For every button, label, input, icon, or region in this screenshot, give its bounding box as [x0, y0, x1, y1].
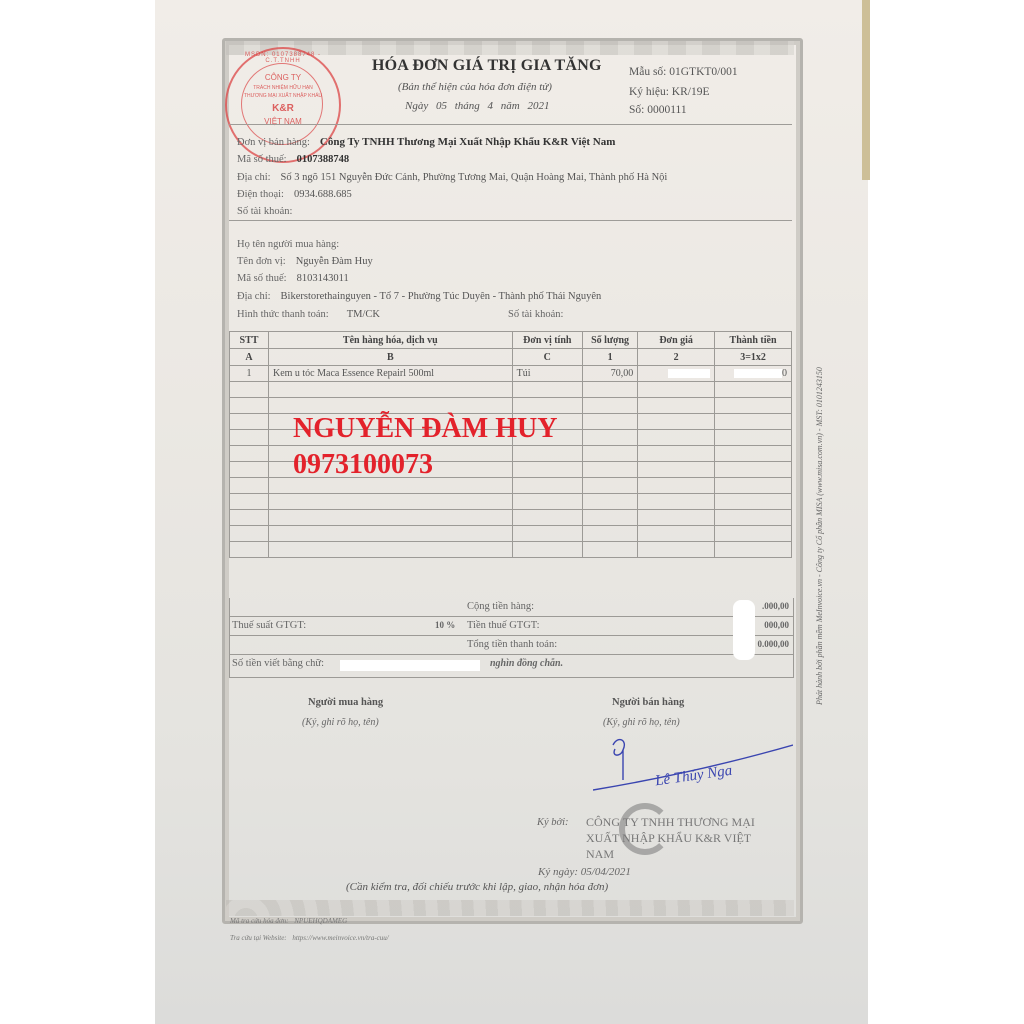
seller-divider [229, 220, 792, 221]
invoice-subtitle: (Bản thể hiện của hóa đơn điện tử) [398, 81, 552, 93]
empty-cell [512, 398, 582, 414]
seller-phone-label: Điện thoại: [237, 189, 284, 200]
signed-by-line: CÔNG TY TNHH THƯƠNG MẠI [586, 815, 755, 830]
seller-name: Công Ty TNHH Thương Mại Xuất Nhập Khẩu K… [320, 136, 616, 148]
empty-cell [638, 542, 715, 558]
empty-cell [582, 398, 637, 414]
empty-cell [512, 446, 582, 462]
buyer-address: Bikerstorethainguyen - Tổ 7 - Phường Túc… [281, 291, 602, 302]
buyer-tax-label: Mã số thuế: [237, 273, 287, 284]
code-a: A [230, 349, 269, 366]
empty-cell [638, 510, 715, 526]
overlay-name: NGUYỄN ĐÀM HUY [293, 413, 557, 445]
empty-cell [230, 446, 269, 462]
redacted-amount [734, 369, 782, 378]
seller-signature-title: Người bán hàng [612, 697, 684, 708]
lookup-code: NPUEHQDAMEG [294, 917, 347, 925]
seller-account-label: Số tài khoản: [237, 206, 292, 217]
buyer-unit-row: Tên đơn vị: Nguyễn Đàm Huy [237, 251, 373, 269]
buyer-unit: Nguyễn Đàm Huy [296, 256, 373, 267]
empty-cell [638, 446, 715, 462]
buyer-name-row: Họ tên người mua hàng: [237, 234, 339, 252]
seller-address-row: Địa chỉ: Số 3 ngõ 151 Nguyễn Đức Cảnh, P… [237, 167, 667, 185]
seller-account-row: Số tài khoản: [237, 201, 292, 219]
seller-phone: 0934.688.685 [294, 189, 352, 200]
buyer-account-row: Số tài khoản: [508, 304, 563, 322]
row-stt: 1 [230, 366, 269, 382]
grand-total-row: Tổng tiền thanh toán: 0.000,00 [229, 636, 794, 655]
row-unit-price [638, 366, 715, 382]
header-quantity: Số lượng [582, 332, 637, 349]
invoice-title: HÓA ĐƠN GIÁ TRỊ GIA TĂNG [372, 57, 602, 75]
header-item-name: Tên hàng hóa, dịch vụ [268, 332, 512, 349]
empty-cell [582, 462, 637, 478]
vat-amount-label: Tiền thuế GTGT: [467, 620, 540, 631]
empty-cell [638, 398, 715, 414]
empty-cell [582, 382, 637, 398]
empty-cell [268, 382, 512, 398]
buyer-account-label: Số tài khoản: [508, 309, 563, 320]
empty-cell [230, 542, 269, 558]
vat-row: Thuế suất GTGT: 10 % Tiền thuế GTGT: 000… [229, 617, 794, 636]
handwritten-signature-icon [593, 735, 793, 795]
code-1: 1 [582, 349, 637, 366]
empty-cell [512, 462, 582, 478]
empty-cell [715, 542, 792, 558]
seller-tax-code: 0107388748 [297, 154, 350, 165]
buyer-address-label: Địa chỉ: [237, 291, 271, 302]
buyer-signature-note: (Ký, ghi rõ họ, tên) [302, 717, 379, 728]
table-header-row: STT Tên hàng hóa, dịch vụ Đơn vị tính Số… [230, 332, 792, 349]
stamp-line: K&R [227, 103, 339, 114]
vat-rate-value: 10 % [435, 620, 455, 630]
empty-cell [582, 478, 637, 494]
seller-address: Số 3 ngõ 151 Nguyễn Đức Cảnh, Phường Tươ… [281, 172, 668, 183]
empty-cell [715, 398, 792, 414]
empty-cell [268, 526, 512, 542]
seller-phone-row: Điện thoại: 0934.688.685 [237, 184, 352, 202]
frame-decoration-bottom [226, 900, 794, 916]
header-amount: Thành tiền [715, 332, 792, 349]
stamp-line: TRÁCH NHIỆM HỮU HẠN [227, 85, 339, 91]
seller-name-row: Đơn vị bán hàng: Công Ty TNHH Thương Mại… [237, 132, 615, 150]
header-unit-price: Đơn giá [638, 332, 715, 349]
empty-cell [512, 542, 582, 558]
empty-cell [715, 494, 792, 510]
empty-cell [715, 462, 792, 478]
check-note: (Cần kiểm tra, đối chiếu trước khi lập, … [346, 881, 608, 893]
table-row-empty [230, 382, 792, 398]
lookup-site-link[interactable]: https://www.meinvoice.vn/tra-cuu/ [292, 934, 388, 942]
lookup-site-row: Tra cứu tại Website: https://www.meinvoi… [230, 934, 389, 942]
empty-cell [715, 478, 792, 494]
table-row: 1 Kem u tóc Maca Essence Repairl 500ml T… [230, 366, 792, 382]
form-number: Mẫu số: 01GTKT0/001 [629, 66, 738, 78]
empty-cell [638, 526, 715, 542]
empty-cell [582, 526, 637, 542]
seller-signature-note: (Ký, ghi rõ họ, tên) [603, 717, 680, 728]
vat-rate-label: Thuế suất GTGT: [232, 620, 306, 631]
empty-cell [230, 382, 269, 398]
table-row-empty [230, 494, 792, 510]
signed-by-line: NAM [586, 847, 614, 862]
signed-date: Ký ngày: 05/04/2021 [538, 866, 631, 878]
lookup-code-label: Mã tra cứu hóa đơn: [230, 917, 289, 925]
row-item-name: Kem u tóc Maca Essence Repairl 500ml [268, 366, 512, 382]
table-row-empty [230, 542, 792, 558]
buyer-unit-label: Tên đơn vị: [237, 256, 286, 267]
empty-cell [230, 462, 269, 478]
redacted-amount-words [340, 660, 480, 671]
empty-cell [715, 382, 792, 398]
code-c: C [512, 349, 582, 366]
signed-by-line: XUẤT NHẬP KHẨU K&R VIỆT [586, 831, 751, 846]
code-2: 2 [638, 349, 715, 366]
empty-cell [512, 526, 582, 542]
empty-cell [230, 414, 269, 430]
invoice-number: Số: 0000111 [629, 104, 687, 116]
invoice-date: Ngày 05 tháng 4 năm 2021 [405, 100, 549, 112]
amount-in-words-value: nghìn đồng chẵn. [490, 658, 563, 669]
empty-cell [582, 446, 637, 462]
row-quantity: 70,00 [582, 366, 637, 382]
buyer-payment-row: Hình thức thanh toán: TM/CK [237, 304, 380, 322]
goods-total-label: Cộng tiền hàng: [467, 601, 534, 612]
empty-cell [638, 414, 715, 430]
empty-cell [638, 494, 715, 510]
empty-cell [582, 430, 637, 446]
empty-cell [638, 430, 715, 446]
empty-cell [638, 382, 715, 398]
empty-cell [512, 382, 582, 398]
empty-cell [715, 510, 792, 526]
empty-cell [582, 414, 637, 430]
stamp-line: CÔNG TY [227, 73, 339, 82]
buyer-tax-row: Mã số thuế: 8103143011 [237, 268, 349, 286]
empty-cell [638, 462, 715, 478]
table-row-empty [230, 398, 792, 414]
paper-edge [862, 0, 870, 180]
row-amount: 0 [715, 366, 792, 382]
buyer-address-row: Địa chỉ: Bikerstorethainguyen - Tổ 7 - P… [237, 286, 601, 304]
empty-cell [230, 526, 269, 542]
empty-cell [638, 478, 715, 494]
stamp-line: THƯƠNG MẠI XUẤT NHẬP KHẨU [227, 93, 339, 99]
redacted-totals [733, 600, 755, 660]
buyer-name-label: Họ tên người mua hàng: [237, 239, 339, 250]
empty-cell [230, 494, 269, 510]
grand-total-label: Tổng tiền thanh toán: [467, 639, 557, 650]
amount-in-words-label: Số tiền viết bằng chữ: [232, 658, 324, 669]
seller-tax-row: Mã số thuế: 0107388748 [237, 149, 349, 167]
empty-cell [715, 446, 792, 462]
empty-cell [268, 542, 512, 558]
empty-cell [230, 430, 269, 446]
empty-cell [582, 542, 637, 558]
empty-cell [268, 494, 512, 510]
software-issuer-note: Phát hành bởi phần mềm MeInvoice.vn - Cô… [815, 367, 824, 705]
empty-cell [230, 510, 269, 526]
grand-total-value: 0.000,00 [758, 639, 790, 649]
empty-cell [512, 494, 582, 510]
amount-in-words-row: Số tiền viết bằng chữ: nghìn đồng chẵn. [229, 655, 794, 678]
empty-cell [268, 398, 512, 414]
seller-address-label: Địa chỉ: [237, 172, 271, 183]
header-unit: Đơn vị tính [512, 332, 582, 349]
header-stt: STT [230, 332, 269, 349]
payment-method-label: Hình thức thanh toán: [237, 309, 329, 320]
goods-total-row: Cộng tiền hàng: .000,00 [229, 598, 794, 617]
overlay-phone: 0973100073 [293, 449, 433, 481]
empty-cell [582, 510, 637, 526]
empty-cell [582, 494, 637, 510]
empty-cell [230, 398, 269, 414]
lookup-code-row: Mã tra cứu hóa đơn: NPUEHQDAMEG [230, 917, 347, 925]
table-code-row: A B C 1 2 3=1x2 [230, 349, 792, 366]
invoice-symbol: Ký hiệu: KR/19E [629, 86, 710, 98]
row-amount-tail: 0 [782, 368, 787, 379]
empty-cell [715, 414, 792, 430]
signed-by-label: Ký bởi: [537, 817, 569, 828]
seller-name-label: Đơn vị bán hàng: [237, 137, 310, 148]
header-divider [229, 124, 792, 125]
table-row-empty [230, 510, 792, 526]
code-3: 3=1x2 [715, 349, 792, 366]
empty-cell [512, 478, 582, 494]
empty-cell [230, 478, 269, 494]
lookup-site-label: Tra cứu tại Website: [230, 934, 287, 942]
goods-total-value: .000,00 [762, 601, 789, 611]
buyer-tax-code: 8103143011 [297, 273, 349, 284]
redacted-price [668, 369, 710, 378]
payment-method: TM/CK [347, 309, 380, 320]
empty-cell [268, 510, 512, 526]
signed-date-text: Ký ngày: 05/04/2021 [538, 866, 631, 878]
seller-tax-label: Mã số thuế: [237, 154, 287, 165]
buyer-signature-title: Người mua hàng [308, 697, 383, 708]
empty-cell [715, 430, 792, 446]
row-unit: Túi [512, 366, 582, 382]
vat-amount-value: 000,00 [764, 620, 789, 630]
table-row-empty [230, 526, 792, 542]
code-b: B [268, 349, 512, 366]
empty-cell [715, 526, 792, 542]
empty-cell [512, 510, 582, 526]
